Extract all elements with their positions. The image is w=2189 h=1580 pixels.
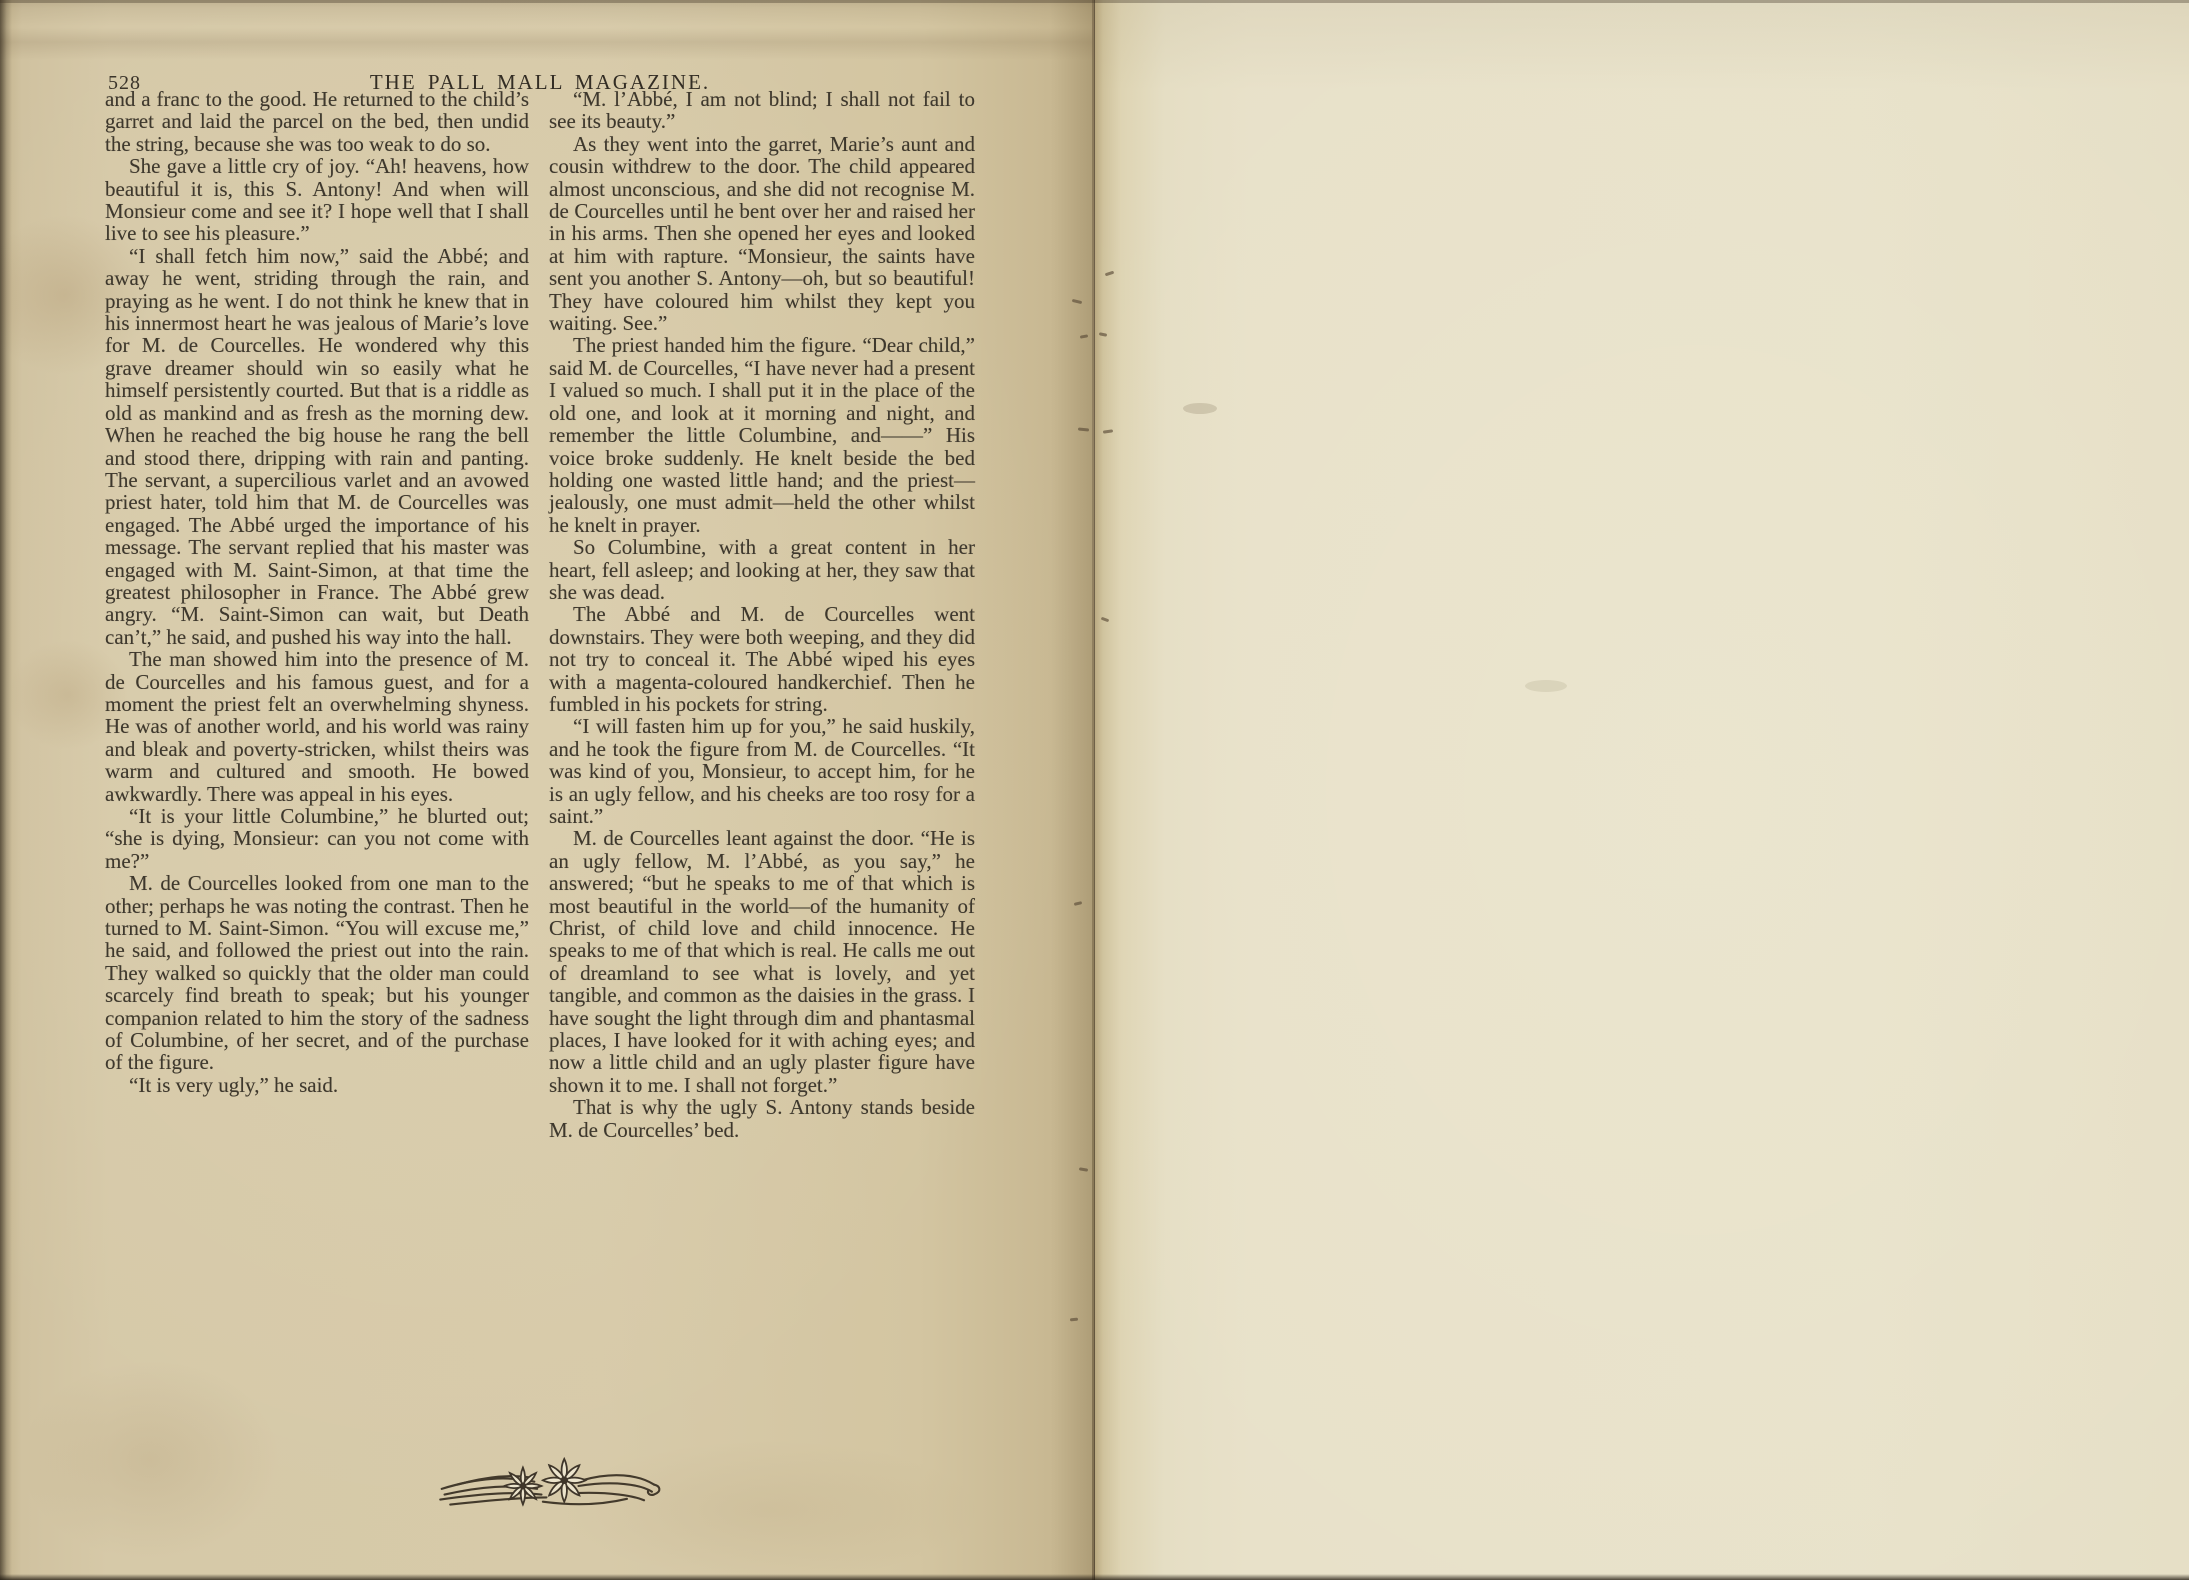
paragraph: As they went into the garret, Marie’s au… <box>549 133 975 335</box>
text-column-right: “M. l’Abbé, I am not blind; I shall not … <box>549 88 975 1141</box>
paragraph: The priest handed him the figure. “Dear … <box>549 334 975 536</box>
paper-speck <box>1103 429 1113 433</box>
paper-smudge <box>1525 680 1567 692</box>
paragraph: The man showed him into the presence of … <box>105 648 529 805</box>
scan-left-edge <box>0 0 12 1580</box>
left-page: 528 THE PALL MALL MAGAZINE. and a franc … <box>0 0 1094 1580</box>
scan-top-edge <box>0 0 2189 3</box>
scan-bottom-edge <box>0 1574 2189 1580</box>
paragraph: The Abbé and M. de Courcelles went downs… <box>549 603 975 715</box>
paragraph: M. de Courcelles looked from one man to … <box>105 872 529 1074</box>
paragraph: “It is very ugly,” he said. <box>105 1074 529 1096</box>
paragraph: “M. l’Abbé, I am not blind; I shall not … <box>549 88 975 133</box>
paper-speck <box>1099 332 1107 337</box>
paragraph: “I will fasten him up for you,” he said … <box>549 715 975 827</box>
paper-speck <box>1105 271 1114 277</box>
floral-tailpiece-ornament <box>436 1456 664 1516</box>
paper-speck <box>1101 617 1110 623</box>
paper-stain <box>20 1360 280 1560</box>
paragraph: M. de Courcelles leant against the door.… <box>549 827 975 1096</box>
blank-right-page <box>1095 0 2189 1580</box>
paragraph: and a franc to the good. He returned to … <box>105 88 529 155</box>
book-scan: 528 THE PALL MALL MAGAZINE. and a franc … <box>0 0 2189 1580</box>
text-column-left: and a franc to the good. He returned to … <box>105 88 529 1096</box>
paper-smudge <box>1183 403 1217 414</box>
paragraph: “It is your little Columbine,” he blurte… <box>105 805 529 872</box>
paragraph: So Columbine, with a great content in he… <box>549 536 975 603</box>
paragraph: “I shall fetch him now,” said the Abbé; … <box>105 245 529 648</box>
paragraph: She gave a little cry of joy. “Ah! heave… <box>105 155 529 245</box>
paragraph: That is why the ugly S. Antony stands be… <box>549 1096 975 1141</box>
